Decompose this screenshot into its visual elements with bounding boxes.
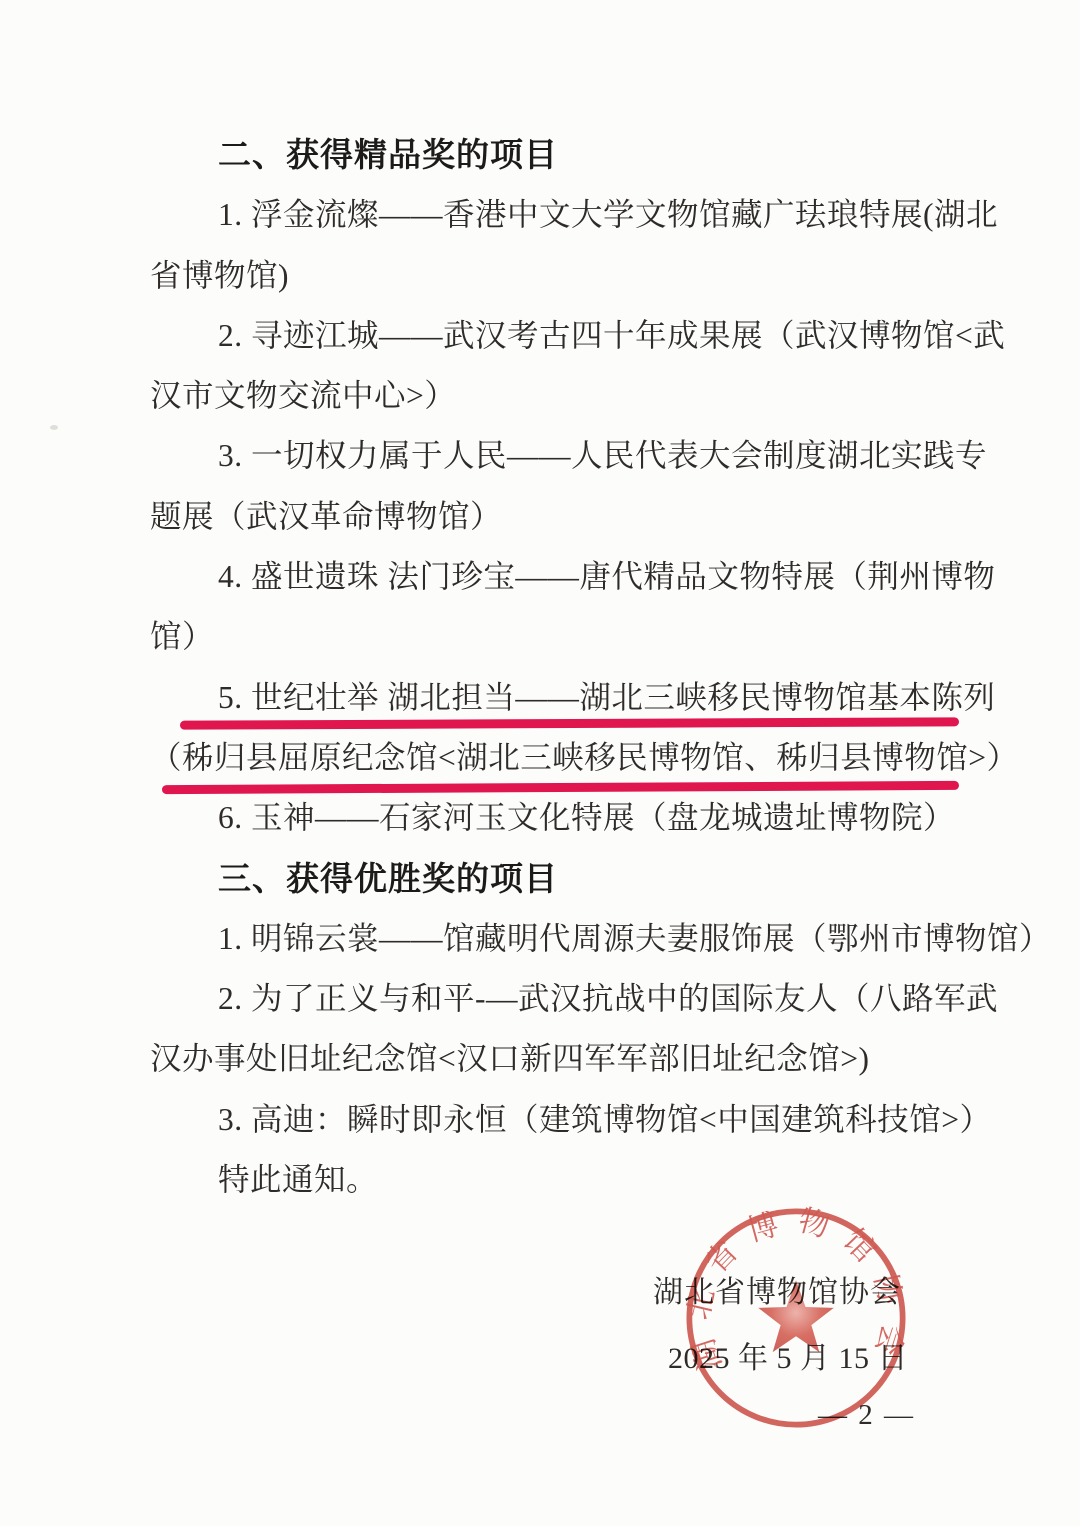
document-line: 4. 盛世遗珠 法门珍宝——唐代精品文物特展（荆州博物 — [150, 547, 970, 607]
document-page: 二、获得精品奖的项目1. 浮金流燦——香港中文大学文物馆藏广珐琅特展(湖北省博物… — [0, 0, 1080, 1526]
seal-star-icon — [758, 1280, 833, 1352]
document-line: 3. 高迪：瞬时即永恒（建筑博物馆<中国建筑科技馆>） — [150, 1090, 970, 1150]
document-line: 题展（武汉革命博物馆） — [150, 487, 970, 547]
document-line: 1. 明锦云裳——馆藏明代周源夫妻服饰展（鄂州市博物馆） — [150, 909, 970, 969]
document-line: 汉市文物交流中心>） — [150, 366, 970, 426]
document-line: （秭归县屈原纪念馆<湖北三峡移民博物馆、秭归县博物馆>） — [150, 728, 970, 788]
document-line: 特此通知。 — [150, 1150, 970, 1210]
official-seal: 湖北省博物馆协会 — [681, 1203, 911, 1433]
document-line: 2. 寻迹江城——武汉考古四十年成果展（武汉博物馆<武 — [150, 306, 970, 366]
document-line: 省博物馆) — [150, 246, 970, 306]
document-line: 6. 玉神——石家河玉文化特展（盘龙城遗址博物院） — [150, 788, 970, 848]
document-body: 二、获得精品奖的项目1. 浮金流燦——香港中文大学文物馆藏广珐琅特展(湖北省博物… — [150, 125, 970, 1210]
document-line: 汉办事处旧址纪念馆<汉口新四军军部旧址纪念馆>) — [150, 1029, 970, 1089]
section-heading: 三、获得优胜奖的项目 — [150, 849, 970, 909]
section-heading: 二、获得精品奖的项目 — [150, 125, 970, 185]
document-line: 3. 一切权力属于人民——人民代表大会制度湖北实践专 — [150, 426, 970, 486]
document-line: 2. 为了正义与和平-—武汉抗战中的国际友人（八路军武 — [150, 969, 970, 1029]
document-line: 1. 浮金流燦——香港中文大学文物馆藏广珐琅特展(湖北 — [150, 185, 970, 245]
scan-speck — [50, 425, 58, 430]
document-line: 馆） — [150, 607, 970, 667]
